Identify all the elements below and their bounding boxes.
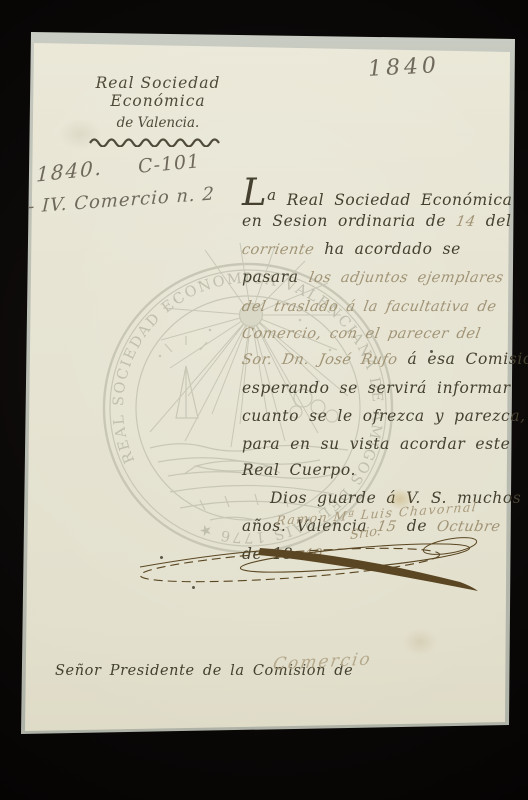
body-line-11: Real Cuerpo.	[242, 461, 356, 479]
body-line-2: en Sesion ordinaria de 14 del	[242, 212, 512, 230]
manuscript-insert: Sor. Dn. José Rufo	[241, 352, 399, 368]
archival-code: C-101	[137, 150, 201, 177]
body-line-4: pasara los adjuntos ejemplares	[242, 268, 503, 286]
manuscript-insert: Comercio, con el parecer del	[241, 326, 482, 342]
photo-backdrop: REAL SOCIEDAD ECONOMICA VALENCIANA DE AM…	[0, 0, 528, 800]
paper-speck	[430, 350, 433, 353]
archival-year-left: 1840.	[36, 155, 104, 186]
signature-rubric-flourish	[120, 534, 510, 594]
paper-speck	[160, 556, 163, 559]
archival-classification: - IV. Comercio n. 2	[28, 183, 215, 217]
body-line-9: cuanto se le ofrezca y parezca,	[242, 407, 526, 425]
drop-cap: L	[242, 171, 267, 214]
paper-speck	[192, 586, 195, 589]
body-line-6: Comercio, con el parecer del	[242, 324, 481, 342]
letterhead: Real Sociedad Económica de Valencia.	[60, 74, 256, 147]
manuscript-insert: 40	[302, 547, 324, 563]
secretary-signature-title: Srio.	[350, 524, 381, 544]
manuscript-insert: 14	[455, 214, 477, 230]
letterhead-org-name: Real Sociedad Económica	[60, 74, 256, 110]
letterhead-squiggle-rule	[88, 135, 228, 147]
document-content: Real Sociedad Económica de Valencia. 184…	[0, 0, 528, 800]
body-line-1: La Real Sociedad Económica	[242, 183, 513, 209]
body-line-3: corriente ha acordado se	[242, 240, 461, 258]
archival-year-top-right: 1840	[367, 53, 440, 82]
manuscript-insert: Octubre	[436, 519, 502, 535]
body-line-10: para en su vista acordar este	[242, 435, 510, 453]
body-line-14: de 18 40	[242, 545, 323, 563]
manuscript-insert: del traslado á la facultativa de	[241, 299, 498, 315]
manuscript-insert: corriente	[241, 242, 316, 258]
body-line-5: del traslado á la facultativa de	[242, 297, 496, 315]
letterhead-org-place: de Valencia.	[60, 115, 256, 131]
footer-committee-manuscript: Comercio	[271, 649, 373, 674]
body-line-7: Sor. Dn. José Rufo á esa Comision,	[242, 350, 528, 368]
manuscript-insert: los adjuntos ejemplares	[307, 270, 504, 286]
paper-stain	[402, 628, 438, 656]
body-line-8: esperando se servirá informar	[242, 379, 511, 397]
